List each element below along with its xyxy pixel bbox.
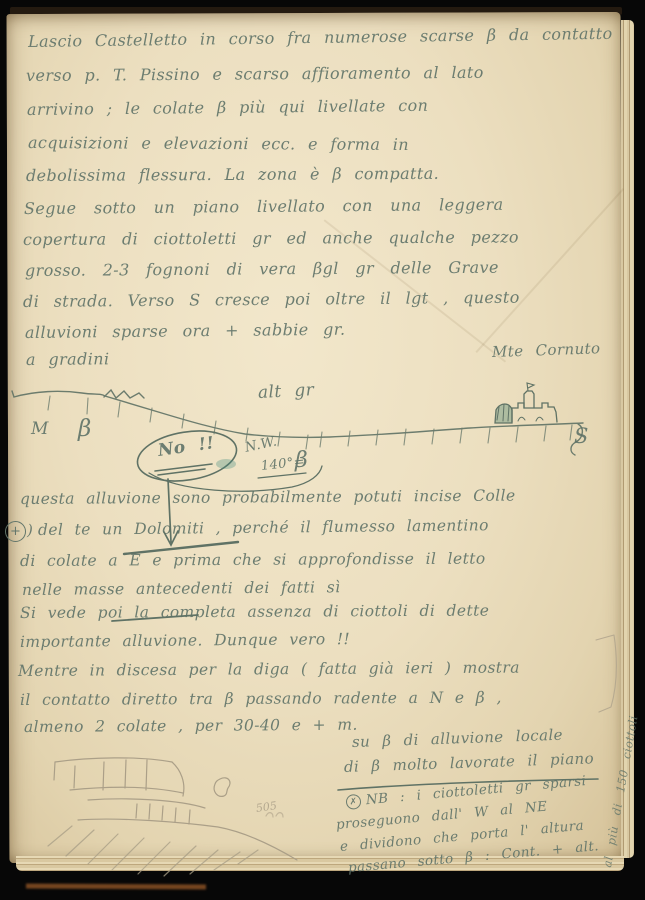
sketch-label-alt-gr: alt gr xyxy=(257,380,314,403)
footnote-plus: + xyxy=(10,524,21,539)
handwriting-note-a-gradini: a gradini xyxy=(26,349,110,369)
handwriting-line: almeno 2 colate , per 30-40 e + m. xyxy=(24,716,358,736)
sketch-label-m: M xyxy=(31,419,49,439)
handwriting-line: Mentre in discesa per la diga ( fatta gi… xyxy=(18,658,520,680)
handwriting-line: questa alluvione sono probabilmente potu… xyxy=(20,487,516,508)
sketch-label-s: S xyxy=(574,424,589,448)
handwriting-note-mountain: Mte Cornuto xyxy=(492,339,601,361)
handwriting-line: acquisizioni e elevazioni ecc. e forma i… xyxy=(28,133,409,154)
sketch-label-beta-mid: β xyxy=(295,448,308,473)
handwriting-line: nelle masse antecedenti dei fatti sì xyxy=(22,578,341,599)
footnote-paren: ) xyxy=(27,521,33,539)
handwriting-line: debolissima flessura. La zona è β compat… xyxy=(26,164,439,185)
handwriting-line: alluvioni sparse ora + sabbie gr. xyxy=(25,320,346,342)
handwriting-line: il contatto diretto tra β passando raden… xyxy=(20,688,502,709)
notebook-scan: Lascio Castelletto in corso fra numerose… xyxy=(0,0,645,900)
handwriting-line: copertura di ciottoletti gr ed anche qua… xyxy=(23,227,519,249)
handwriting-line: di colate a E e prima che si approfondis… xyxy=(20,550,486,570)
footnote-cross: ✗ xyxy=(349,797,358,808)
cover-sliver xyxy=(26,884,206,890)
handwriting-line: Si vede poi la completa assenza di ciott… xyxy=(20,602,489,622)
footnote-mark-circle: + xyxy=(5,521,26,542)
handwriting-line: importante alluvione. Dunque vero !! xyxy=(20,630,350,651)
handwriting-line: grosso. 2-3 fognoni di vera βgl gr delle… xyxy=(25,258,499,280)
footnote-cross-circle: ✗ xyxy=(345,794,361,810)
handwriting-line: verso p. T. Pissino e scarso affiorament… xyxy=(26,63,484,85)
sketch-label-beta-left: β xyxy=(78,416,92,442)
